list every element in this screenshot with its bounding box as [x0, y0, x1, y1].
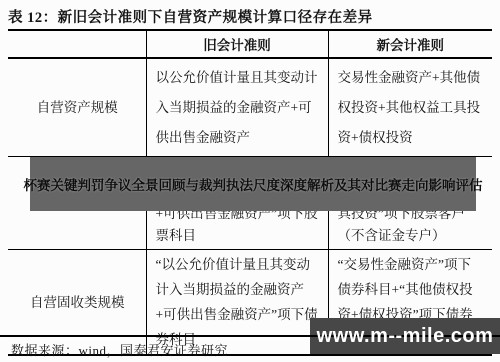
- data-source-note: 数据来源：wind，国泰君安证券研究: [11, 340, 228, 359]
- site-watermark-text: www.m--mile.com: [317, 325, 494, 348]
- site-watermark-band: www.m--mile.com: [310, 318, 500, 354]
- table-header-row: 旧会计准则 新会计准则: [8, 30, 492, 58]
- header-empty-cell: [8, 30, 146, 58]
- table-row: 自营资产规模 以公允价值计量且其变动计入当期损益的金融资产+可供出售金融资产 交…: [8, 58, 492, 157]
- report-page: 表 12：新旧会计准则下自营资产规模计算口径存在差异 旧会计准则 新会计准则 自…: [0, 0, 500, 362]
- cell-old-total: 以公允价值计量且其变动计入当期损益的金融资产+可供出售金融资产: [146, 58, 328, 157]
- overlay-watermark-band: 杯赛关键判罚争议全景回顾与裁判执法尺度深度解析及其对比赛走向影响评估: [30, 157, 476, 211]
- table-title: 表 12：新旧会计准则下自营资产规模计算口径存在差异: [8, 6, 494, 27]
- cell-new-total: 交易性金融资产+其他债权投资+其他权益工具投资+债权投资: [328, 58, 492, 157]
- overlay-watermark-text: 杯赛关键判罚争议全景回顾与裁判执法尺度深度解析及其对比赛走向影响评估: [24, 174, 483, 194]
- header-old-standard: 旧会计准则: [146, 30, 328, 58]
- row-label-total-proprietary: 自营资产规模: [8, 58, 146, 157]
- header-new-standard: 新会计准则: [328, 30, 492, 58]
